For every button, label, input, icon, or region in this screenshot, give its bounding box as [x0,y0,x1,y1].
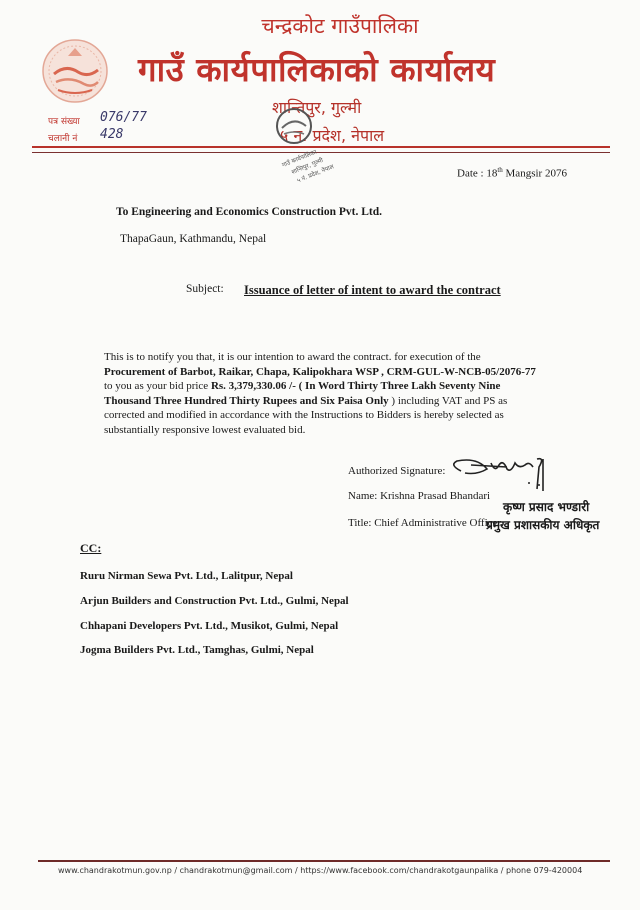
ref-no-label: पत्र संख्या [48,114,80,127]
dispatch-no-value: 428 [100,127,123,142]
ref-no-value: 076/77 [100,110,147,125]
date-month-year: Mangsir 2076 [503,168,567,180]
signatory-title: Title: Chief Administrative Officer [348,517,501,529]
date-day: Date : 18 [457,168,497,180]
signatory-title-nepali: प्रमुख प्रशासकीय अधिकृत [486,516,599,533]
subject-label: Subject: [186,283,224,295]
cc-item: Chhapani Developers Pvt. Ltd., Musikot, … [80,620,338,632]
recipient-name: To Engineering and Economics Constructio… [116,206,382,218]
office-stamp-icon: गाउँ कार्यपालिका शान्तिपुर, गुल्मी ५ नं.… [272,104,352,190]
municipality-name: चन्द्रकोट गाउँपालिका [0,12,640,40]
cc-item: Jogma Builders Pvt. Ltd., Tamghas, Gulmi… [80,644,314,656]
cc-item: Arjun Builders and Construction Pvt. Ltd… [80,595,349,607]
recipient-address: ThapaGaun, Kathmandu, Nepal [120,233,266,245]
subject-text: Issuance of letter of intent to award th… [244,283,501,298]
cc-item: Ruru Nirman Sewa Pvt. Ltd., Lalitpur, Ne… [80,570,293,582]
signatory-name: Name: Krishna Prasad Bhandari [348,490,490,502]
footer-rule [38,860,610,862]
body-intro: This is to notify you that, it is our in… [104,351,481,363]
signatory-name-nepali: कृष्ण प्रसाद भण्डारी [503,498,589,515]
letter-date: Date : 18th Mangsir 2076 [457,166,567,180]
letter-body: This is to notify you that, it is our in… [104,350,544,437]
nepal-emblem-icon [40,38,110,104]
footer-contacts: www.chandrakotmun.gov.np / chandrakotmun… [58,866,582,875]
body-project: Procurement of Barbot, Raikar, Chapa, Ka… [104,366,536,378]
cc-heading: CC: [80,541,101,556]
signature-label: Authorized Signature: [348,465,445,477]
body-mid: to you as your bid price [104,380,211,392]
signature-icon [447,455,557,491]
office-name: गाउँ कार्यपालिकाको कार्यालय [138,46,495,91]
dispatch-no-label: चलानी नं [48,131,77,144]
